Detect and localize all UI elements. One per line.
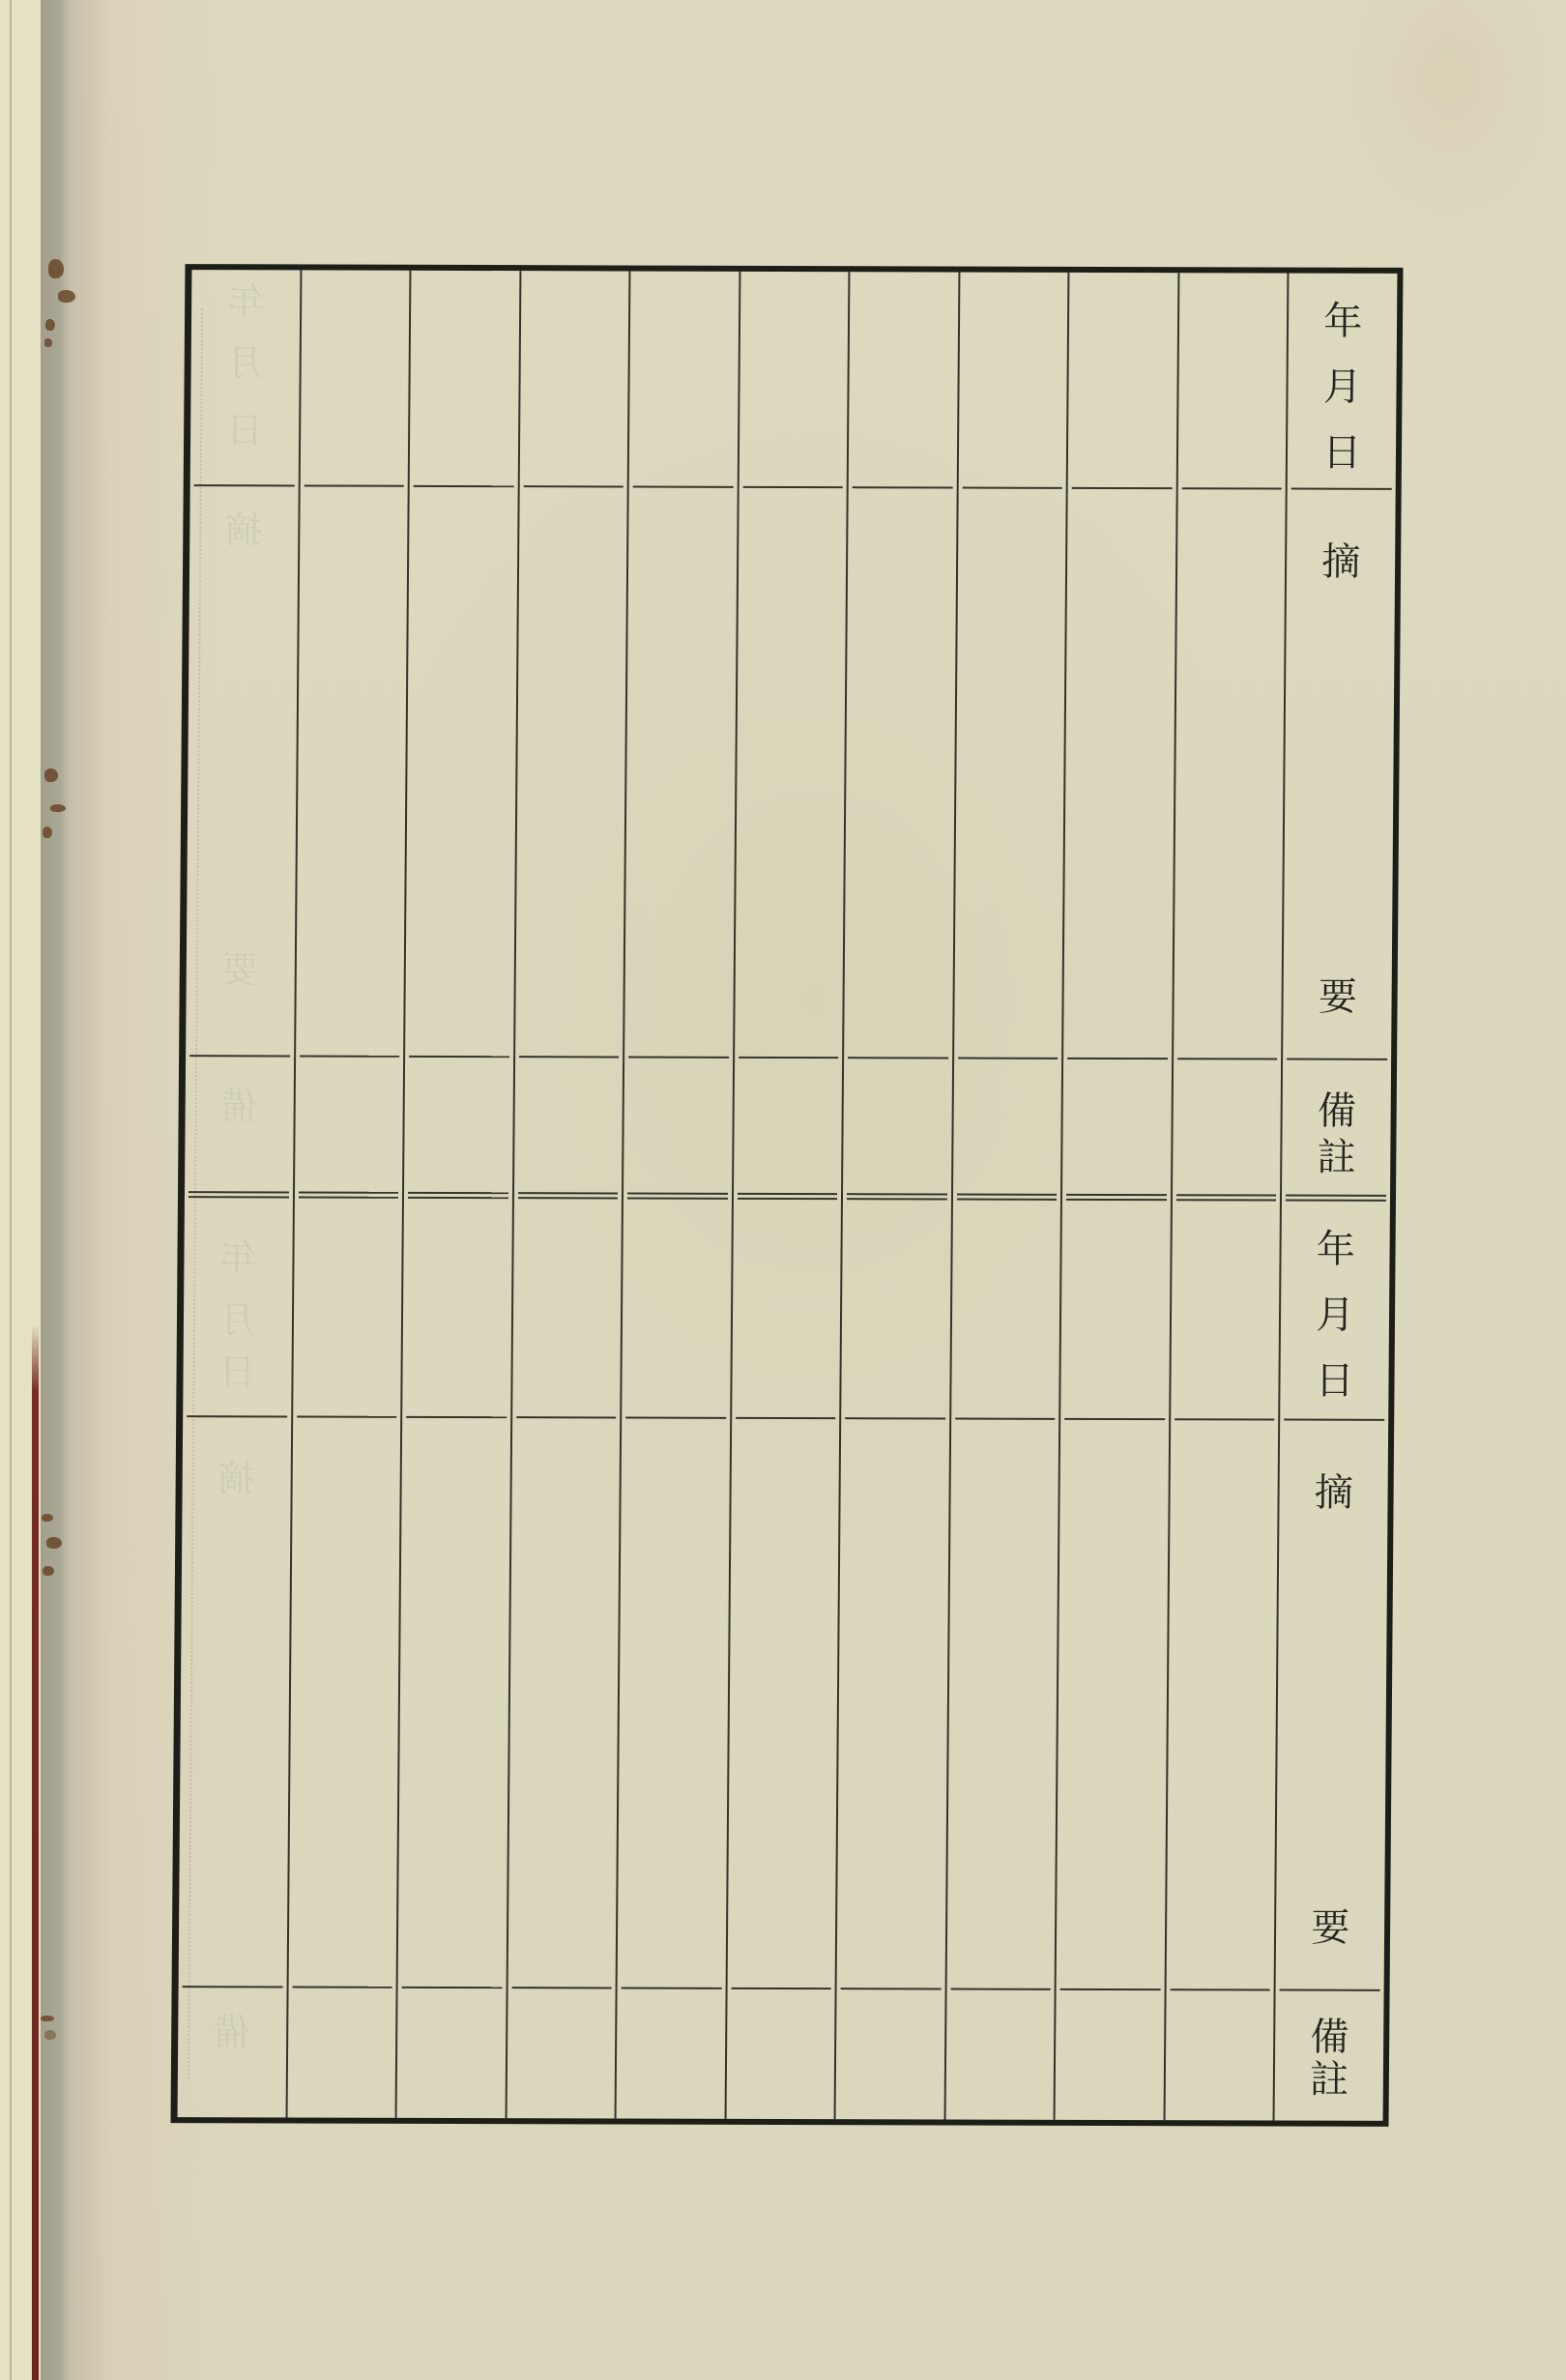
gutter-fade (70, 0, 108, 2380)
header-char: 要 (1309, 1909, 1351, 1948)
header-char: 備 (1316, 1088, 1358, 1135)
page-edge-line (10, 0, 12, 2380)
header-char: 摘 (1319, 543, 1362, 582)
remarks-cell (514, 1058, 623, 1199)
stain (58, 290, 75, 303)
date-cell (732, 1200, 841, 1419)
date-cell (300, 270, 409, 486)
summary-cell (954, 489, 1066, 1059)
summary-header: 摘 要 (1284, 490, 1396, 1060)
summary-cell (398, 1418, 510, 1988)
remarks-cell (178, 1988, 287, 2117)
remarks-cell (953, 1059, 1062, 1201)
stain (44, 769, 58, 782)
header-char: 年 (1321, 289, 1365, 355)
ledger-frame: 年 月 日 摘 要 備 年 月 日 摘 備 (171, 264, 1404, 2127)
summary-header: 摘 要 (1276, 1421, 1388, 1991)
header-char: 註 (1315, 1135, 1357, 1181)
summary-cell (179, 1417, 291, 1988)
header-char: 備 (1308, 2017, 1350, 2059)
stain (44, 2030, 56, 2040)
header-char: 年 (1315, 1217, 1358, 1283)
summary-cell (618, 1418, 730, 1988)
stain (42, 1514, 53, 1522)
summary-cell (624, 487, 737, 1058)
remarks-cell (734, 1059, 843, 1200)
header-char: 日 (1320, 421, 1364, 486)
summary-cell (946, 1420, 1058, 1990)
date-cell (841, 1200, 950, 1419)
stain (41, 2016, 54, 2021)
ledger-column (615, 271, 739, 2118)
remarks-cell (404, 1058, 513, 1199)
header-char: 日 (1313, 1349, 1356, 1414)
summary-cell (1174, 489, 1286, 1059)
date-cell (959, 273, 1068, 489)
remarks-cell (185, 1057, 294, 1198)
remarks-cell (295, 1057, 404, 1198)
remarks-cell (836, 1989, 945, 2119)
date-header: 年 月 日 (1281, 1202, 1390, 1421)
date-cell (1171, 1201, 1280, 1420)
stain (44, 338, 52, 347)
ledger-column (395, 271, 519, 2118)
date-cell (512, 1199, 622, 1418)
summary-cell (1057, 1420, 1169, 1990)
remarks-cell (945, 1990, 1055, 2120)
header-column: 年 月 日 摘 要 備 註 年 月 日 摘 要 備 註 (1273, 274, 1397, 2121)
summary-cell (1167, 1420, 1279, 1990)
red-page-edge (32, 1324, 39, 2380)
ledger-column (285, 270, 409, 2117)
stain (43, 827, 52, 838)
stain (46, 1537, 62, 1549)
summary-cell (735, 488, 847, 1059)
date-cell (622, 1199, 731, 1418)
date-cell (183, 1198, 292, 1417)
binding-gutter-shadow (41, 0, 70, 2380)
date-cell (1178, 273, 1288, 489)
date-cell (410, 271, 519, 487)
date-header: 年 月 日 (1288, 274, 1397, 490)
remarks-cell (617, 1988, 726, 2118)
header-char: 摘 (1313, 1474, 1355, 1513)
date-cell (849, 272, 958, 488)
ledger-column (1163, 273, 1287, 2120)
stain (43, 1566, 54, 1576)
summary-cell (1063, 489, 1175, 1059)
remarks-cell (287, 1988, 396, 2117)
ledger-column (834, 272, 958, 2119)
remarks-cell (726, 1989, 835, 2119)
remarks-cell (623, 1058, 733, 1199)
header-char: 月 (1321, 355, 1365, 421)
date-cell (629, 271, 739, 487)
stain (45, 319, 55, 331)
date-cell (1068, 273, 1177, 489)
ledger-column (943, 273, 1067, 2120)
summary-cell (288, 1417, 400, 1988)
ledger-column (1054, 273, 1177, 2120)
remarks-cell (1062, 1059, 1172, 1201)
summary-cell (186, 486, 298, 1057)
remarks-cell (507, 1988, 616, 2118)
summary-cell (405, 487, 517, 1058)
date-cell (1061, 1201, 1171, 1420)
summary-cell (837, 1419, 949, 1989)
remarks-cell (1173, 1059, 1282, 1201)
remarks-header: 備 註 (1282, 1060, 1391, 1202)
remarks-cell (1165, 1990, 1274, 2120)
header-char: 註 (1308, 2059, 1350, 2102)
date-cell (951, 1201, 1060, 1420)
ledger-column (505, 271, 628, 2118)
header-char: 要 (1317, 978, 1359, 1017)
date-cell (519, 271, 628, 487)
summary-cell (507, 1418, 620, 1988)
summary-cell (515, 487, 627, 1058)
summary-cell (844, 488, 956, 1059)
ledger-column (724, 272, 848, 2119)
remarks-cell (1056, 1990, 1165, 2120)
remarks-cell (843, 1059, 952, 1200)
ledger-column: 年 月 日 摘 要 備 年 月 日 摘 備 (178, 270, 300, 2117)
summary-cell (296, 486, 408, 1057)
date-cell (190, 270, 300, 486)
stain (48, 259, 64, 278)
date-cell (402, 1199, 511, 1418)
summary-cell (727, 1419, 839, 1989)
remarks-cell (397, 1988, 507, 2118)
date-cell (739, 272, 848, 488)
remarks-header: 備 註 (1275, 1991, 1384, 2121)
stain (50, 804, 66, 812)
date-cell (293, 1198, 402, 1417)
header-char: 月 (1314, 1283, 1357, 1349)
